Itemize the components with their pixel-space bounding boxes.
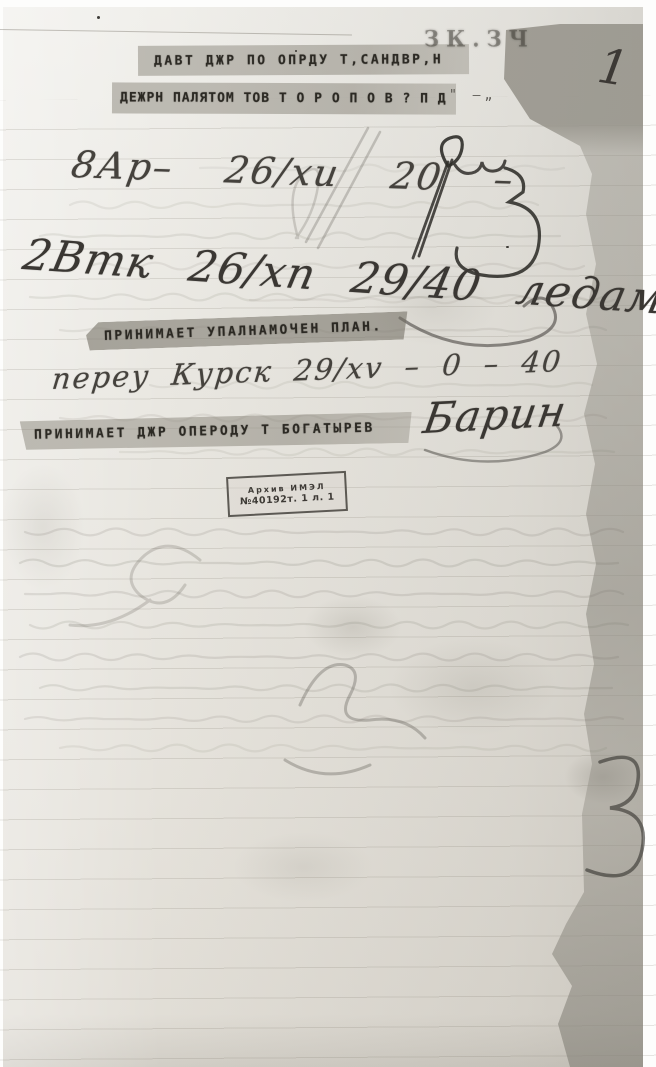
quote-marks: " —„ (449, 88, 496, 103)
ink-speck (97, 16, 100, 19)
typed-strip-gives-duty: ДАВТ ДЖР ПО ОПРДУ Т,САНДВР,Н (138, 44, 469, 76)
typed-strip-text: ДЕЖРН ПАЛЯТОМ ТОВ Т О Р О П О В ? П Д (120, 90, 447, 106)
pencil-swash-right (587, 757, 643, 875)
typed-strip-text: ПРИНИМАЕТ ДЖР ОПЕРОДУ Т БОГАТЫРЕВ (34, 421, 375, 443)
typed-strip-duty-officer: ДЕЖРН ПАЛЯТОМ ТОВ Т О Р О П О В ? П Д (112, 82, 456, 114)
bleed-flourish-left (70, 546, 200, 626)
ink-speck (295, 50, 297, 52)
bleed-flourish-center (285, 665, 425, 774)
typed-strip-text: ПРИНИМАЕТ УПАЛНАМОЧЕН ПЛАН. (104, 319, 383, 344)
document-scan: ДАВТ ДЖР ПО ОПРДУ Т,САНДВР,Н ДЕЖРН ПАЛЯТ… (0, 0, 656, 1067)
ink-speck (506, 246, 509, 248)
signature-name: Барин (420, 386, 570, 443)
typed-strip-text: ДАВТ ДЖР ПО ОПРДУ Т,САНДВР,Н (154, 52, 443, 69)
archive-stamp: Архив ИМЭЛ №40192т. 1 л. 1 (226, 471, 348, 517)
faded-letterpress-mark: ЗК.ЗЧ (424, 25, 535, 51)
